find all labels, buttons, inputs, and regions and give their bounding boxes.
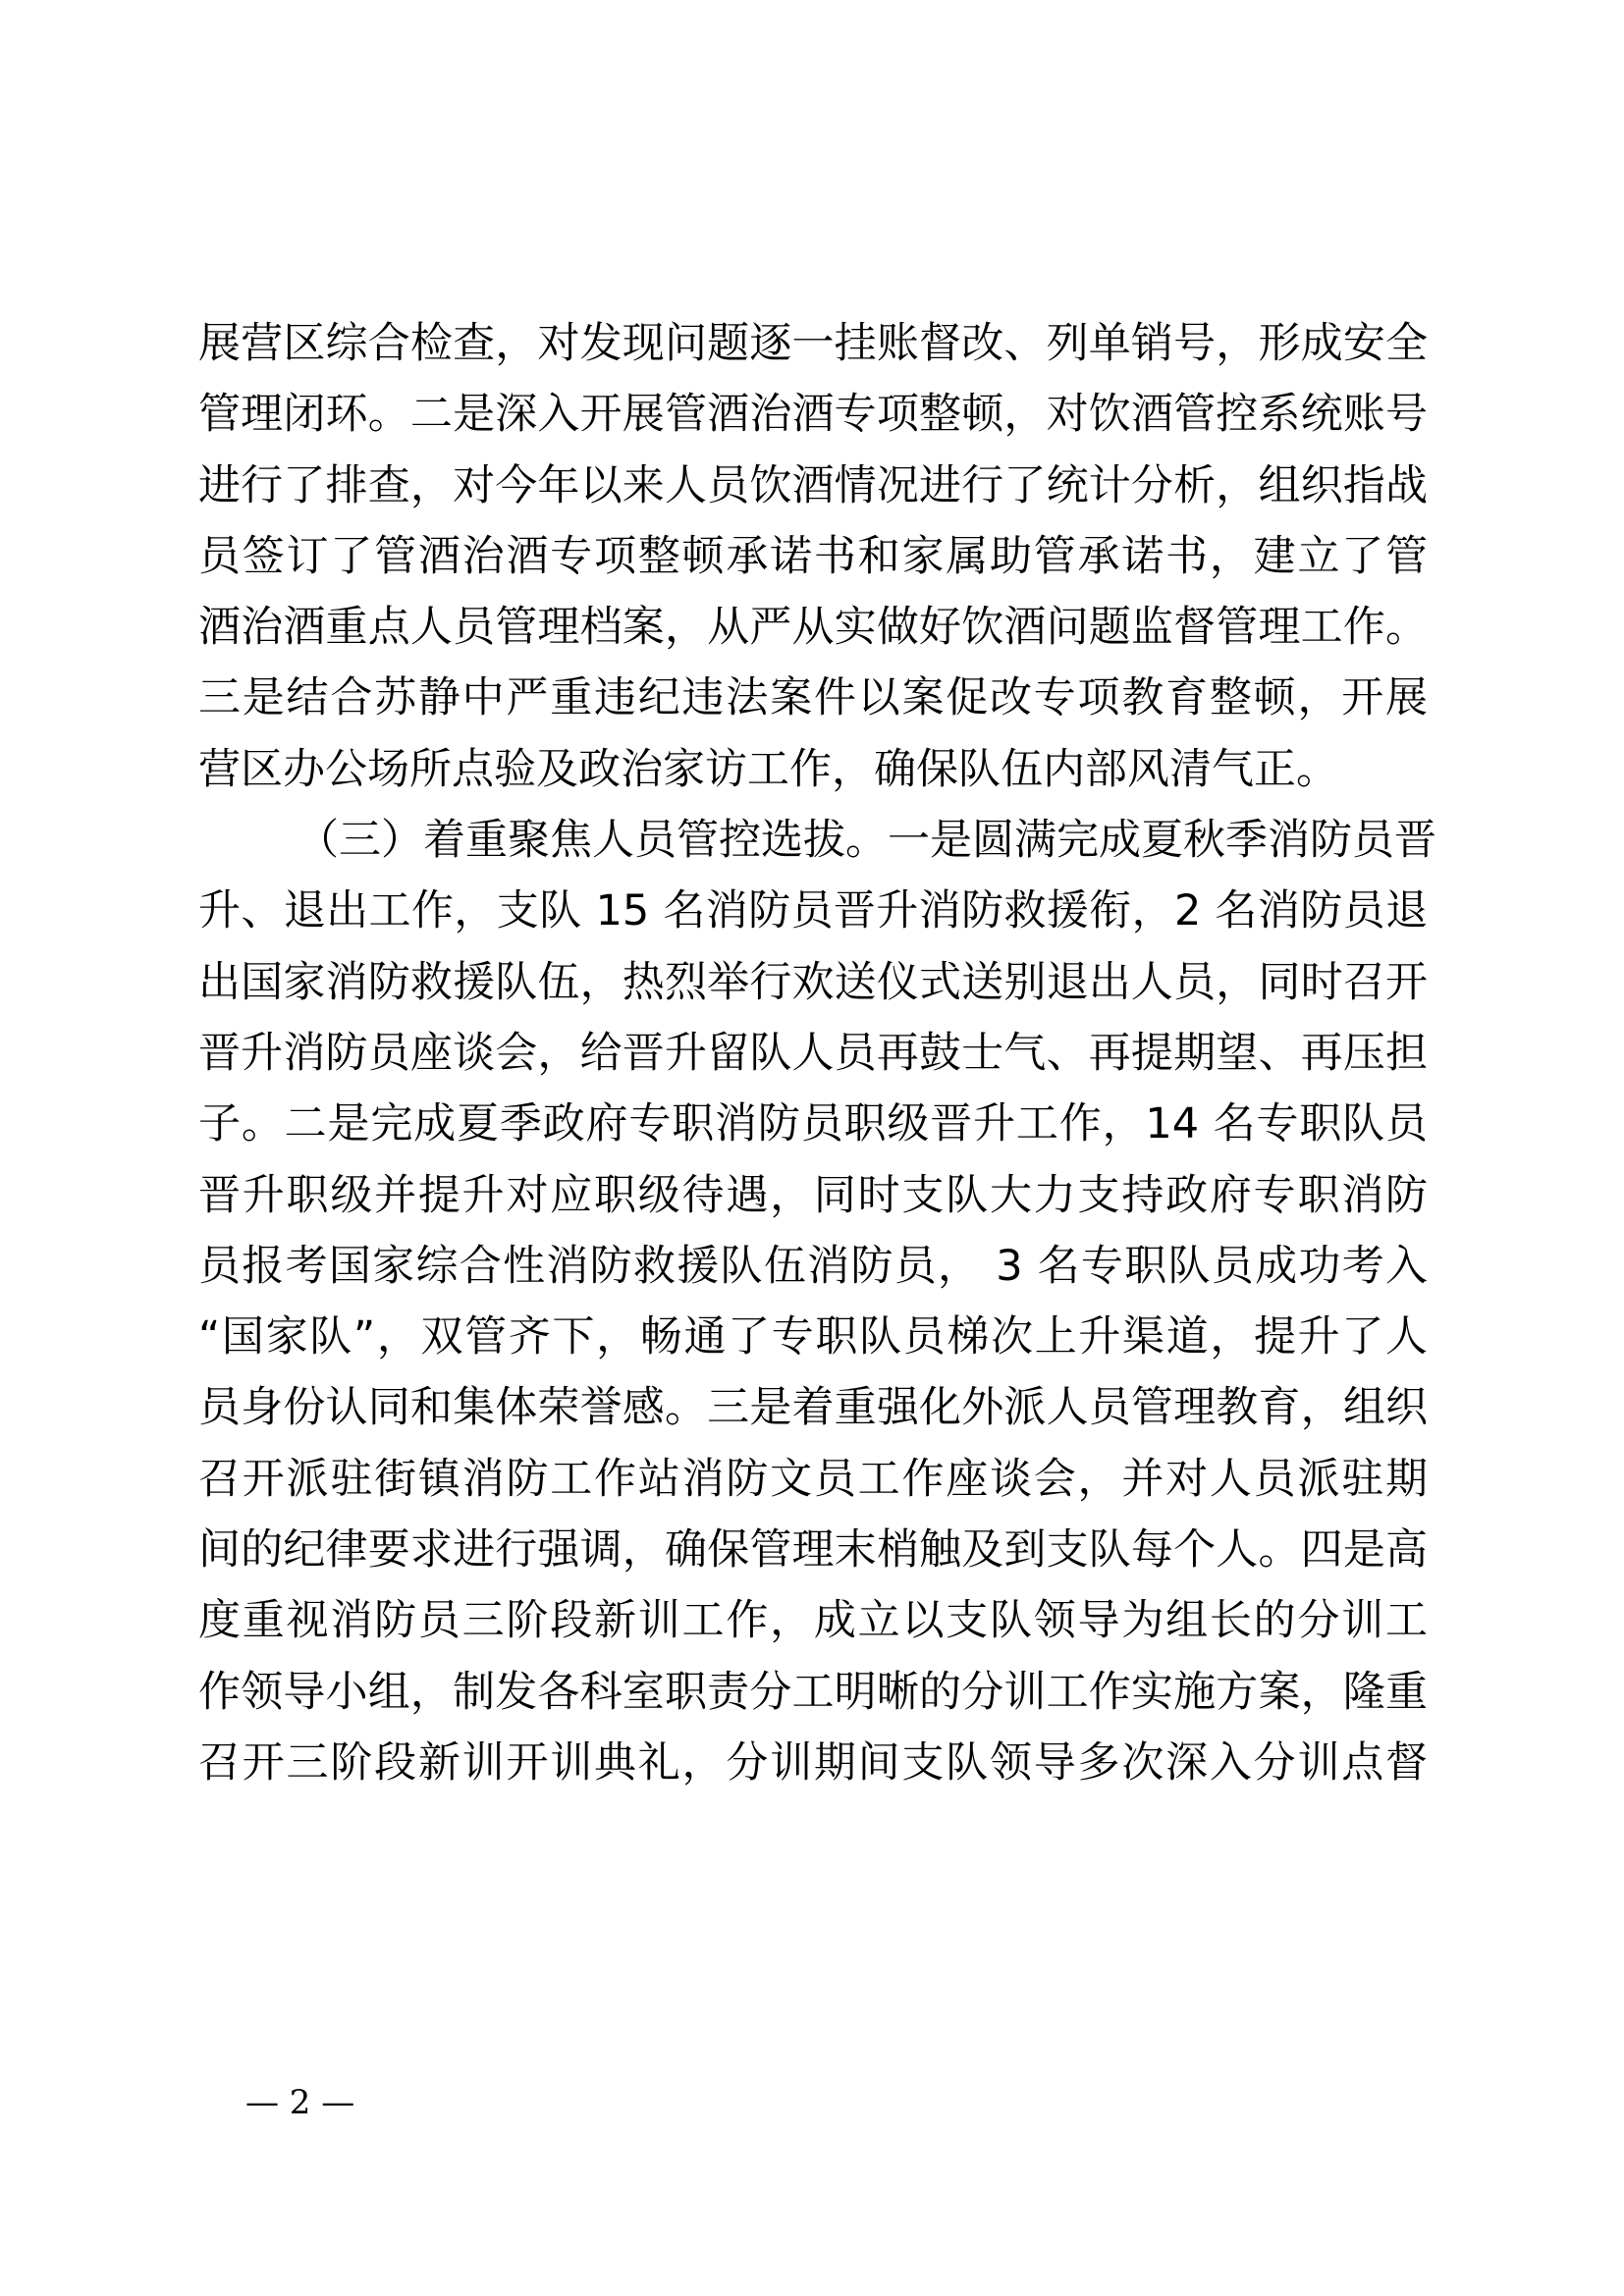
text-line: 子。二是完成夏季政府专职消防员职级晋升工作，14 名专职队员 (198, 1093, 1428, 1163)
text-line: 员身份认同和集体荣誉感。三是着重强化外派人员管理教育，组织 (198, 1376, 1428, 1447)
paragraph-continued: 展营区综合检查，对发现问题逐一挂账督改、列单销号，形成安全 管理闭环。二是深入开… (198, 312, 1428, 809)
text-line: 酒治酒重点人员管理档案，从严从实做好饮酒问题监督管理工作。 (198, 596, 1428, 667)
text-line: 员报考国家综合性消防救援队伍消防员， 3 名专职队员成功考入 (198, 1235, 1428, 1306)
text-line: 度重视消防员三阶段新训工作，成立以支队领导为组长的分训工 (198, 1589, 1428, 1660)
text-line: 作领导小组，制发各科室职责分工明晰的分训工作实施方案，隆重 (198, 1661, 1428, 1732)
text-line: 营区办公场所点验及政治家访工作，确保队伍内部风清气正。 (198, 738, 1428, 809)
text-line: 管理闭环。二是深入开展管酒治酒专项整顿，对饮酒管控系统账号 (198, 383, 1428, 454)
text-line: 召开三阶段新训开训典礼，分训期间支队领导多次深入分训点督 (198, 1732, 1428, 1802)
section-heading-line: （三）着重聚焦人员管控选拔。一是圆满完成夏秋季消防员晋 (198, 809, 1428, 880)
text-line: 间的纪律要求进行强调，确保管理末梢触及到支队每个人。四是高 (198, 1519, 1428, 1589)
text-line: 晋升职级并提升对应职级待遇，同时支队大力支持政府专职消防 (198, 1164, 1428, 1235)
document-page: 展营区综合检查，对发现问题逐一挂账督改、列单销号，形成安全 管理闭环。二是深入开… (0, 0, 1624, 2296)
text-line: 出国家消防救援队伍，热烈举行欢送仪式送别退出人员，同时召开 (198, 951, 1428, 1022)
text-line: 进行了排查，对今年以来人员饮酒情况进行了统计分析，组织指战 (198, 454, 1428, 525)
paragraph-section-3: （三）着重聚焦人员管控选拔。一是圆满完成夏秋季消防员晋 升、退出工作，支队 15… (198, 809, 1428, 1802)
text-line: 员签订了管酒治酒专项整顿承诺书和家属助管承诺书，建立了管 (198, 525, 1428, 596)
text-line: 升、退出工作，支队 15 名消防员晋升消防救援衔，2 名消防员退 (198, 880, 1428, 950)
page-number: — 2 — (245, 2083, 354, 2122)
document-body: 展营区综合检查，对发现问题逐一挂账督改、列单销号，形成安全 管理闭环。二是深入开… (198, 312, 1428, 1802)
text-line: 召开派驻街镇消防工作站消防文员工作座谈会，并对人员派驻期 (198, 1448, 1428, 1519)
text-line: 三是结合苏静中严重违纪违法案件以案促改专项教育整顿，开展 (198, 667, 1428, 737)
text-line: 晋升消防员座谈会，给晋升留队人员再鼓士气、再提期望、再压担 (198, 1022, 1428, 1093)
text-line: “国家队”，双管齐下，畅通了专职队员梯次上升渠道，提升了人 (198, 1306, 1428, 1376)
text-line: 展营区综合检查，对发现问题逐一挂账督改、列单销号，形成安全 (198, 312, 1428, 383)
